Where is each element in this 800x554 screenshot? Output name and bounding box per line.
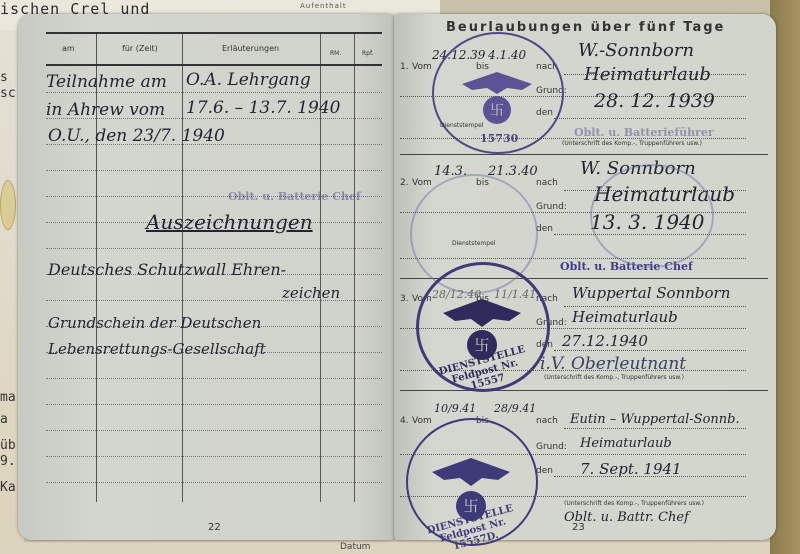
column-header-am: am: [62, 44, 75, 74]
fragment: 9.: [0, 454, 16, 469]
leave-number: 1.: [400, 62, 409, 72]
background-small-text: Aufenthalt: [300, 2, 347, 10]
den-label: den: [536, 466, 553, 476]
column-divider: [354, 34, 355, 502]
svg-text:卐: 卐: [474, 336, 489, 354]
awards-heading: Auszeichnungen: [146, 210, 313, 234]
vom-label: Vom: [412, 416, 432, 426]
entry-text: 17.6. – 13.7. 1940: [186, 98, 341, 118]
award-line: zeichen: [282, 284, 340, 302]
stamp-number: 15730: [480, 132, 518, 145]
official-stamp: 卐 Dienststempel 15730: [432, 32, 564, 154]
vom-label: Vom: [412, 62, 432, 72]
leave-date: 27.12.1940: [562, 332, 648, 350]
page-number: 23: [572, 522, 585, 533]
stamp-label: Dienststempel: [440, 122, 483, 129]
faint-background-stamp: [590, 164, 714, 268]
nach-label: nach: [536, 416, 558, 426]
coin: [0, 180, 16, 230]
leave-reason: Heimaturlaub: [572, 308, 678, 326]
grund-label: Grund:: [536, 202, 567, 212]
entry-text: O.A. Lehrgang: [186, 70, 311, 90]
leave-from: 10/9.41: [434, 402, 476, 415]
vom-label: Vom: [412, 178, 432, 188]
leave-reason: Heimaturlaub: [584, 64, 711, 85]
entry-text: O.U., den 23/7. 1940: [48, 126, 225, 146]
leave-destination: Wuppertal Sonnborn: [572, 284, 730, 302]
fragment: sc: [0, 86, 16, 101]
nach-label: nach: [536, 178, 558, 188]
leave-number: 2.: [400, 178, 409, 188]
fragment: a: [0, 412, 8, 427]
official-stamp: 卐 DIENSTSTELLE Feldpost Nr. 15557: [416, 262, 550, 392]
leave-signature: i.V. Oberleutnant: [540, 354, 686, 374]
svg-text:卐: 卐: [490, 103, 504, 119]
den-label: den: [536, 224, 553, 234]
fragment: ma: [0, 390, 16, 405]
left-page: am für (Zeit) Erläuterungen RM. Rpf. Tei…: [18, 14, 394, 540]
page-number: 22: [208, 522, 221, 533]
header-rule: [46, 64, 382, 66]
leave-to: 28/9.41: [494, 402, 536, 415]
faint-stamp-signature: Oblt. u. Batterie Chef: [228, 190, 361, 203]
stamp-label: Dienststempel: [452, 240, 495, 247]
leave-date: 28. 12. 1939: [594, 90, 715, 112]
fragment: Ka: [0, 480, 16, 495]
leave-reason: Heimaturlaub: [580, 436, 672, 451]
signature-caption: (Unterschrift des Komp.-, Truppenführers…: [564, 500, 704, 507]
leave-destination: Eutin – Wuppertal-Sonnb.: [570, 412, 740, 427]
right-page: Beurlaubungen über fünf Tage 1. Vom bis …: [394, 14, 776, 540]
signature-caption: (Unterschrift des Komp.-, Truppenführers…: [544, 374, 684, 381]
leave-number: 3.: [400, 294, 409, 304]
award-line: Grundschein der Deutschen: [48, 314, 261, 332]
fragment: s: [0, 70, 8, 85]
signature-caption: (Unterschrift des Komp.-, Truppenführers…: [562, 140, 702, 147]
official-stamp: 卐 DIENSTSTELLE Feldpost Nr. 15557D.: [406, 418, 538, 546]
background-datum: Datum: [340, 542, 370, 552]
fragment: üb: [0, 438, 16, 453]
grund-label: Grund:: [536, 442, 567, 452]
leave-date: 7. Sept. 1941: [580, 460, 682, 478]
award-line: Lebensrettungs-Gesellschaft: [48, 340, 266, 358]
entry-text: in Ahrew vom: [46, 100, 165, 120]
leave-signature: Oblt. u. Batterieführer: [574, 126, 714, 139]
leave-number: 4.: [400, 416, 409, 426]
column-header-zeit: für (Zeit): [122, 44, 158, 74]
award-line: Deutsches Schutzwall Ehren-: [48, 260, 286, 279]
entry-text: Teilnahme am: [46, 72, 167, 92]
background-document-bottom: Datum: [0, 542, 800, 554]
leave-destination: W.-Sonnborn: [578, 40, 694, 61]
